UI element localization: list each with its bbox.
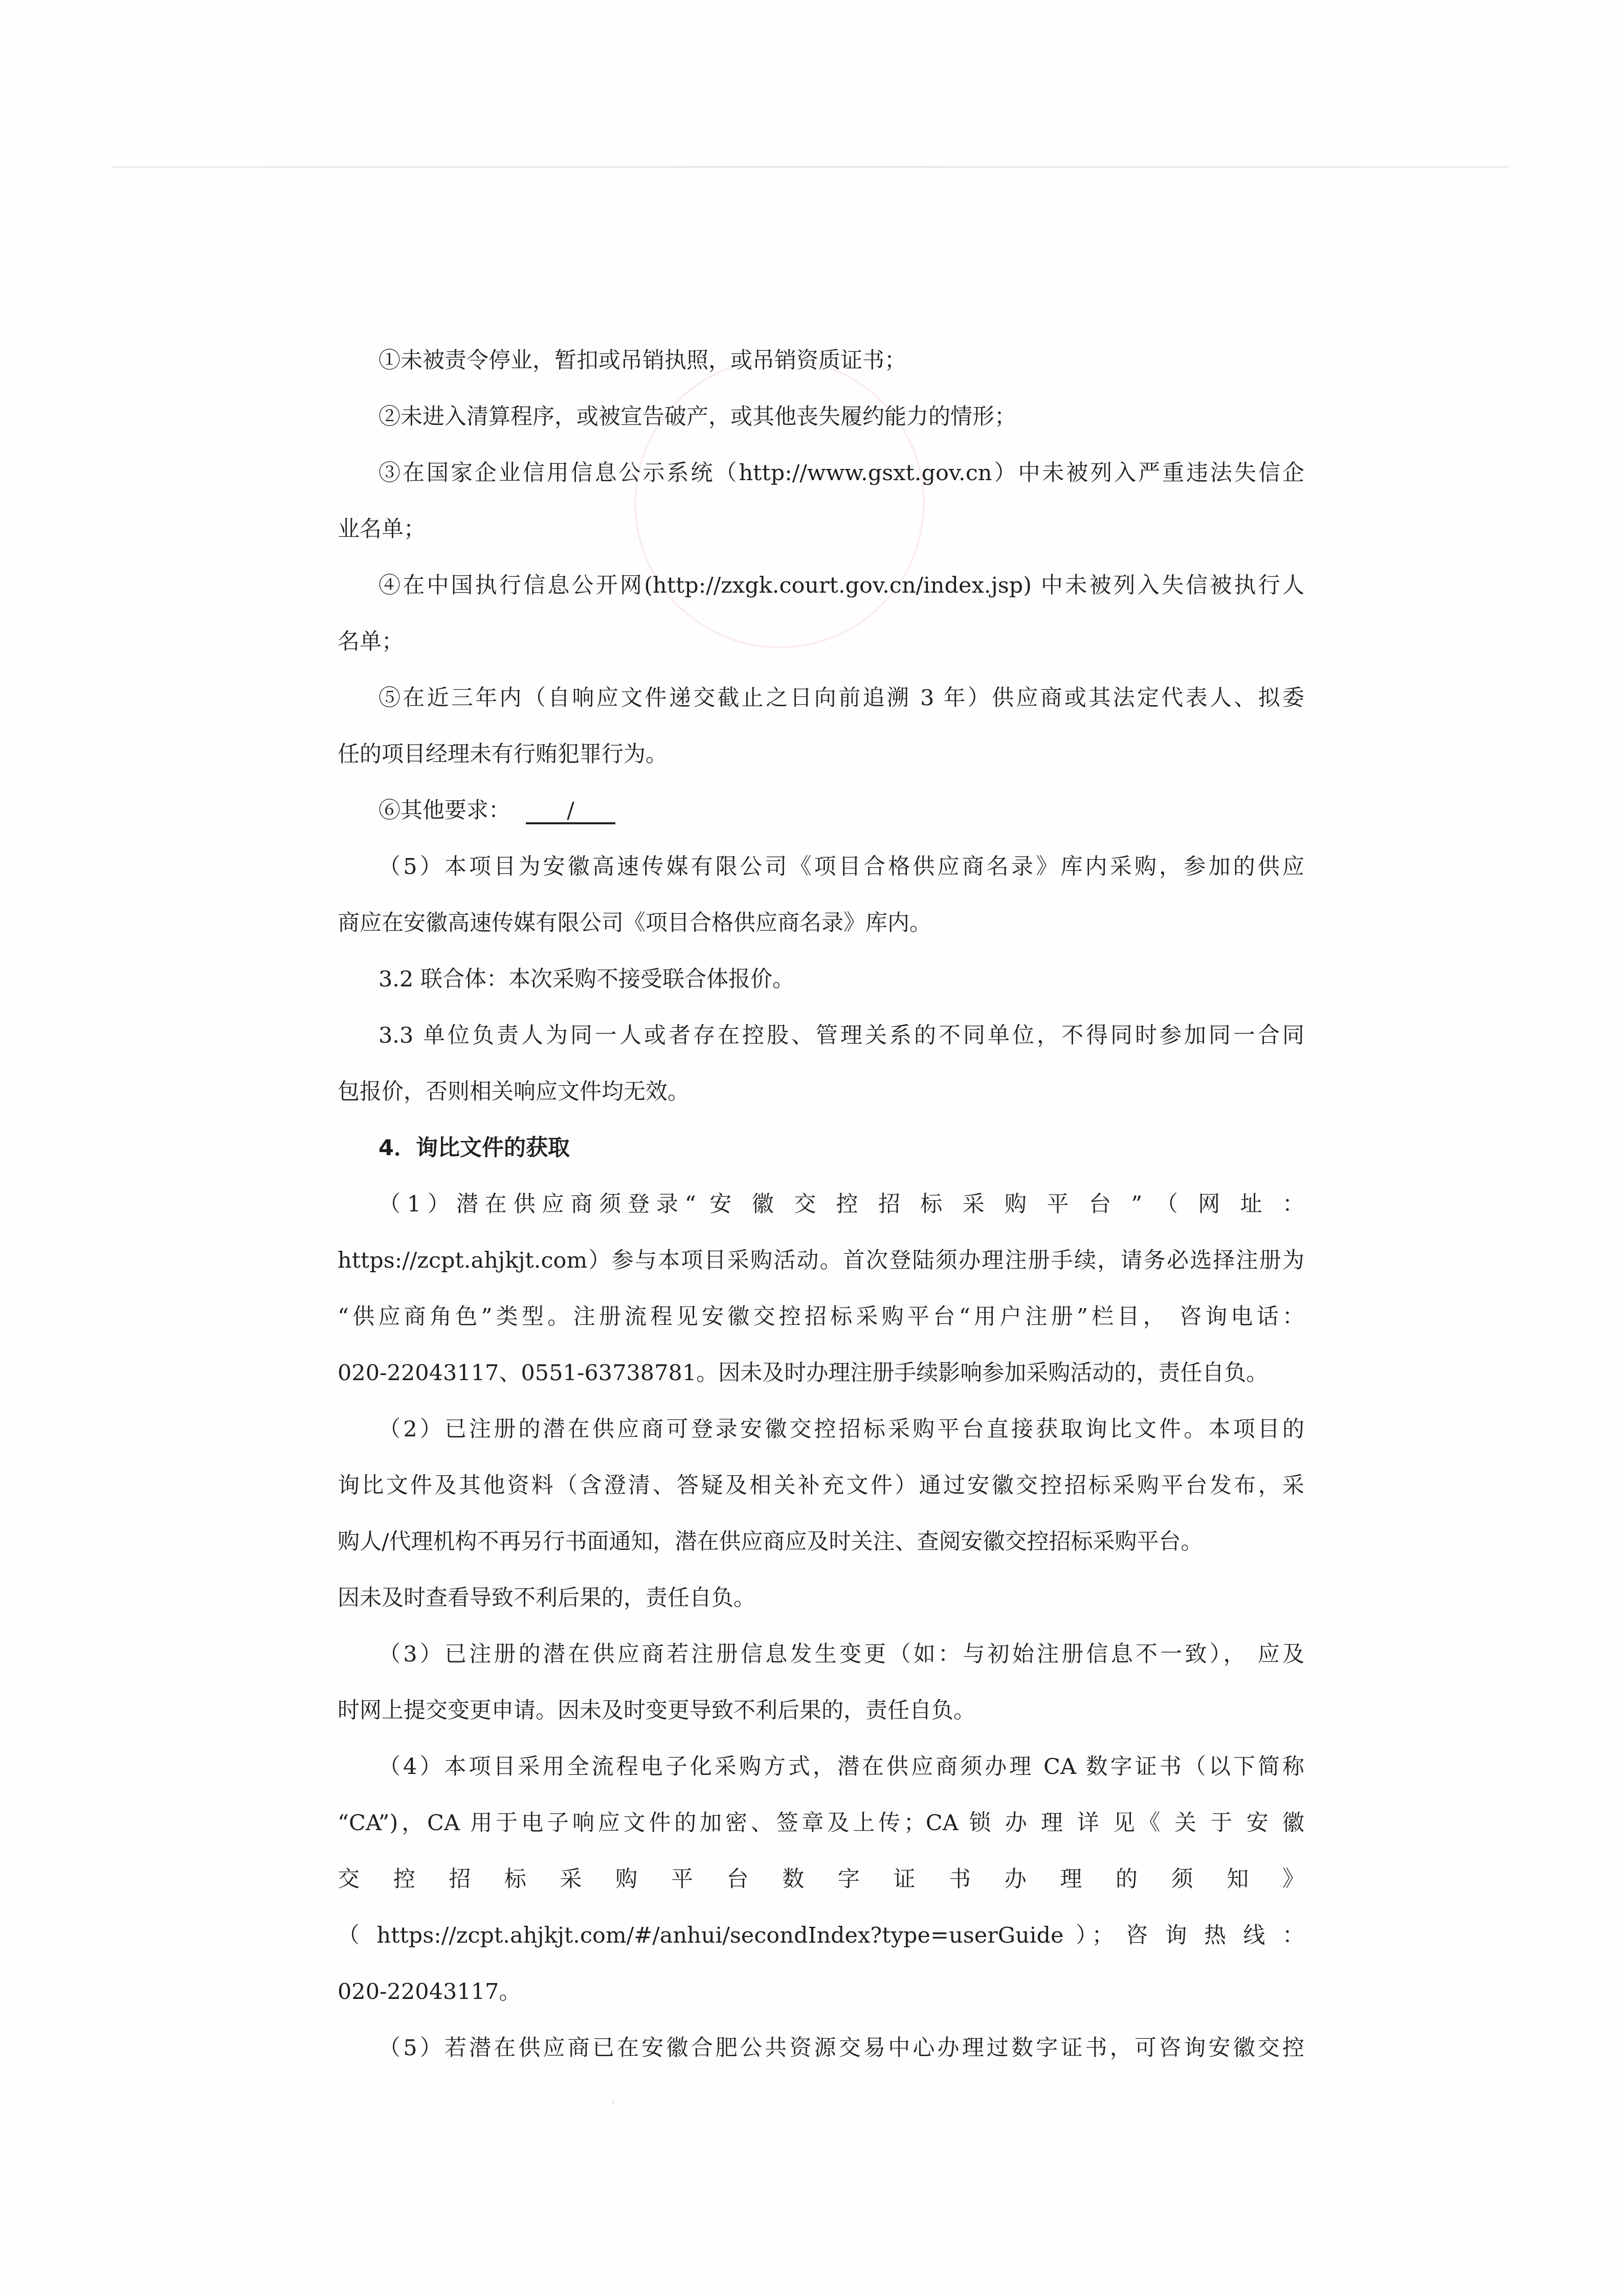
line-text: 任的项目经理未有行贿犯罪行为。: [338, 741, 668, 767]
line-text: （2）已注册的潜在供应商可登录安徽交控招标采购平台直接获取询比文件。本项目的: [379, 1416, 1304, 1442]
line-text: ②未进入清算程序，或被宣告破产，或其他丧失履约能力的情形；: [379, 404, 1016, 430]
section-heading: 4．询比文件的获取: [338, 1131, 1304, 1187]
line-text: ③在国家企业信用信息公示系统（http://www.gsxt.gov.cn）中未…: [379, 460, 1304, 486]
line-text: 购人/代理机构不再另行书面通知，潜在供应商应及时关注、查阅安徽交控招标采购平台。: [338, 1529, 1203, 1555]
line-text: （3）已注册的潜在供应商若注册信息发生变更（如：与初始注册信息不一致）， 应及: [379, 1641, 1304, 1667]
document-body: ①未被责令停业，暂扣或吊销执照，或吊销资质证书；②未进入清算程序，或被宣告破产，…: [338, 344, 1304, 2087]
text-line: ④在中国执行信息公开网(http://zxgk.court.gov.cn/ind…: [338, 569, 1304, 625]
text-line: 任的项目经理未有行贿犯罪行为。: [338, 737, 1304, 794]
fill-in-blank: /: [526, 799, 615, 824]
line-text: 包报价，否则相关响应文件均无效。: [338, 1079, 689, 1105]
scan-artifact: [612, 2101, 614, 2104]
text-line: 询比文件及其他资料（含澄清、答疑及相关补充文件）通过安徽交控招标采购平台发布，采: [338, 1469, 1304, 1525]
line-text: （5）本项目为安徽高速传媒有限公司《项目合格供应商名录》库内采购，参加的供应: [379, 854, 1304, 880]
text-line: 名单；: [338, 625, 1304, 681]
text-line: 业名单；: [338, 512, 1304, 569]
text-line: 020-22043117、0551-63738781。因未及时办理注册手续影响参…: [338, 1356, 1304, 1412]
line-text: 交 控 招 标 采 购 平 台 数 字 证 书 办 理 的 须 知 》: [338, 1866, 1304, 1892]
text-line: 购人/代理机构不再另行书面通知，潜在供应商应及时关注、查阅安徽交控招标采购平台。: [338, 1525, 1304, 1581]
text-line: 因未及时查看导致不利后果的，责任自负。: [338, 1581, 1304, 1637]
text-line: （2）已注册的潜在供应商可登录安徽交控招标采购平台直接获取询比文件。本项目的: [338, 1412, 1304, 1469]
text-line: （3）已注册的潜在供应商若注册信息发生变更（如：与初始注册信息不一致）， 应及: [338, 1637, 1304, 1694]
line-text: 4．询比文件的获取: [379, 1135, 570, 1161]
line-text: 020-22043117。: [338, 1979, 521, 2005]
line-text: 商应在安徽高速传媒有限公司《项目合格供应商名录》库内。: [338, 910, 931, 936]
line-text: ④在中国执行信息公开网(http://zxgk.court.gov.cn/ind…: [379, 573, 1304, 598]
text-line: 包报价，否则相关响应文件均无效。: [338, 1075, 1304, 1131]
line-text: ①未被责令停业，暂扣或吊销执照，或吊销资质证书；: [379, 348, 906, 373]
text-line: https://zcpt.ahjkjt.com）参与本项目采购活动。首次登陆须办…: [338, 1244, 1304, 1300]
line-text: （4）本项目采用全流程电子化采购方式，潜在供应商须办理 CA 数字证书（以下简称: [379, 1754, 1304, 1780]
text-line: ③在国家企业信用信息公示系统（http://www.gsxt.gov.cn）中未…: [338, 456, 1304, 512]
line-text: （5）若潜在供应商已在安徽合肥公共资源交易中心办理过数字证书，可咨询安徽交控: [379, 2035, 1304, 2061]
text-line: 3.3 单位负责人为同一人或者存在控股、管理关系的不同单位，不得同时参加同一合同: [338, 1019, 1304, 1075]
text-line: ⑤在近三年内（自响应文件递交截止之日向前追溯 3 年）供应商或其法定代表人、拟委: [338, 681, 1304, 737]
text-line: 时网上提交变更申请。因未及时变更导致不利后果的，责任自负。: [338, 1694, 1304, 1750]
text-line: “供应商角色”类型。注册流程见安徽交控招标采购平台“用户注册”栏目， 咨询电话：: [338, 1300, 1304, 1356]
text-line: （ https://zcpt.ahjkjt.com/#/anhui/second…: [338, 1919, 1304, 1975]
text-line: （5）若潜在供应商已在安徽合肥公共资源交易中心办理过数字证书，可咨询安徽交控: [338, 2031, 1304, 2087]
document-page: ①未被责令停业，暂扣或吊销执照，或吊销资质证书；②未进入清算程序，或被宣告破产，…: [0, 0, 1624, 2296]
text-line: ②未进入清算程序，或被宣告破产，或其他丧失履约能力的情形；: [338, 400, 1304, 456]
line-text: 3.3 单位负责人为同一人或者存在控股、管理关系的不同单位，不得同时参加同一合同: [379, 1023, 1304, 1048]
line-text: “供应商角色”类型。注册流程见安徽交控招标采购平台“用户注册”栏目， 咨询电话：: [338, 1304, 1304, 1330]
line-text: 020-22043117、0551-63738781。因未及时办理注册手续影响参…: [338, 1360, 1268, 1386]
text-line: 020-22043117。: [338, 1975, 1304, 2031]
text-line: 交 控 招 标 采 购 平 台 数 字 证 书 办 理 的 须 知 》: [338, 1862, 1304, 1919]
text-line: （5）本项目为安徽高速传媒有限公司《项目合格供应商名录》库内采购，参加的供应: [338, 850, 1304, 906]
line-text: ⑥其他要求：: [379, 798, 510, 823]
header-rule: [113, 166, 1509, 168]
text-line: “CA”)，CA 用于电子响应文件的加密、签章及上传；CA 锁 办 理 详 见《…: [338, 1806, 1304, 1862]
text-line: （1）潜在供应商须登录“ 安 徽 交 控 招 标 采 购 平 台 ” （ 网 址…: [338, 1187, 1304, 1244]
text-line: 3.2 联合体：本次采购不接受联合体报价。: [338, 962, 1304, 1019]
line-text: 名单；: [338, 629, 404, 655]
line-text: （1）潜在供应商须登录“ 安 徽 交 控 招 标 采 购 平 台 ” （ 网 址…: [379, 1191, 1304, 1217]
line-text: 时网上提交变更申请。因未及时变更导致不利后果的，责任自负。: [338, 1698, 975, 1723]
text-line: ⑥其他要求：/: [338, 794, 1304, 850]
line-text: 3.2 联合体：本次采购不接受联合体报价。: [379, 966, 794, 992]
line-text: https://zcpt.ahjkjt.com）参与本项目采购活动。首次登陆须办…: [338, 1248, 1304, 1273]
text-line: 商应在安徽高速传媒有限公司《项目合格供应商名录》库内。: [338, 906, 1304, 962]
line-text: 因未及时查看导致不利后果的，责任自负。: [338, 1585, 755, 1611]
line-text: ⑤在近三年内（自响应文件递交截止之日向前追溯 3 年）供应商或其法定代表人、拟委: [379, 685, 1304, 711]
line-text: 业名单；: [338, 516, 426, 542]
line-text: （ https://zcpt.ahjkjt.com/#/anhui/second…: [338, 1923, 1304, 1948]
line-text: “CA”)，CA 用于电子响应文件的加密、签章及上传；CA 锁 办 理 详 见《…: [338, 1810, 1304, 1836]
text-line: （4）本项目采用全流程电子化采购方式，潜在供应商须办理 CA 数字证书（以下简称: [338, 1750, 1304, 1806]
text-line: ①未被责令停业，暂扣或吊销执照，或吊销资质证书；: [338, 344, 1304, 400]
line-text: 询比文件及其他资料（含澄清、答疑及相关补充文件）通过安徽交控招标采购平台发布，采: [338, 1473, 1304, 1498]
